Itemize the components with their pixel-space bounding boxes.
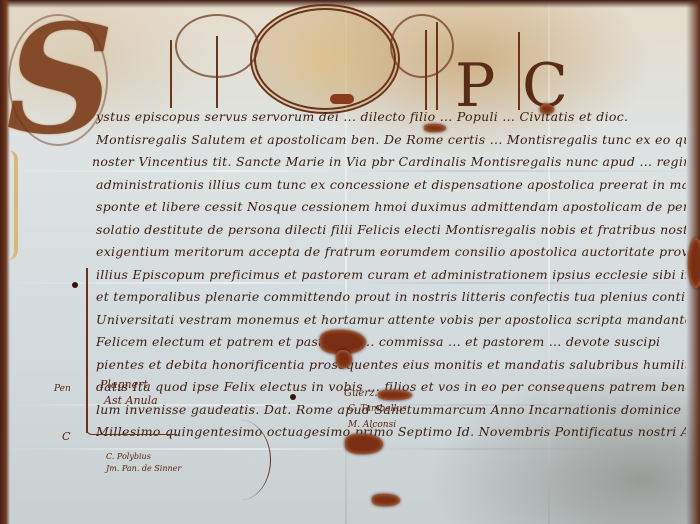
papal-crest — [250, 4, 400, 114]
signature: Jm. Pan. de Sinner — [106, 464, 181, 473]
text-line: et temporalibus plenarie committendo pro… — [96, 286, 686, 309]
text-line: pientes et debita honorificentia prosequ… — [96, 354, 686, 377]
signature-mark: C — [62, 430, 70, 443]
ascender-stroke — [436, 22, 438, 110]
signature: M. Alconsi — [348, 420, 396, 430]
text-line: solatio destitute de persona dilecti fil… — [96, 219, 686, 242]
text-line: exigentium meritorum accepta de fratrum … — [96, 241, 686, 264]
margin-bracket — [86, 268, 88, 433]
burn-hole — [330, 94, 354, 104]
burn-hole — [372, 494, 400, 506]
ascender-stroke — [518, 32, 520, 110]
initial-flourish — [8, 14, 108, 146]
document-photo: S P C ystus episcopus servus servorum de… — [0, 0, 700, 524]
signature-mark: Pen — [54, 384, 71, 394]
pen-arc — [210, 420, 271, 500]
signature: C. Polybius — [106, 452, 151, 461]
text-line: illius Episcopum preficimus et pastorem … — [96, 264, 686, 287]
margin-bracket-foot — [86, 420, 177, 435]
burn-hole — [378, 390, 412, 400]
ascender-stroke — [170, 40, 172, 108]
burn-hole — [540, 104, 554, 114]
text-line: Universitati vestram monemus et hortamur… — [96, 309, 686, 332]
text-line: ystus episcopus servus servorum dei ... … — [96, 106, 686, 129]
signature: C. Tambellus — [348, 404, 407, 414]
text-line: Felicem electum et patrem et pastorem ..… — [96, 331, 686, 354]
burn-hole — [688, 238, 700, 288]
text-line: administrationis illius cum tunc ex conc… — [96, 174, 686, 197]
text-line: noster Vincentius tit. Sancte Marie in V… — [92, 151, 686, 174]
signature: Ast Anula — [104, 394, 158, 407]
burn-hole — [336, 350, 352, 368]
ascender-stroke — [425, 30, 427, 110]
burn-hole — [345, 434, 383, 454]
burn-hole — [424, 124, 446, 132]
text-line: Montisregalis Salutem et apostolicam ben… — [96, 129, 686, 152]
ink-spot — [290, 394, 296, 400]
text-line: sponte et libere cessit Nosque cessionem… — [96, 196, 686, 219]
crest-flourish-right — [390, 14, 454, 78]
signature: Plagnert — [100, 378, 148, 391]
ascender-stroke — [216, 36, 218, 108]
ink-spot — [72, 282, 78, 288]
